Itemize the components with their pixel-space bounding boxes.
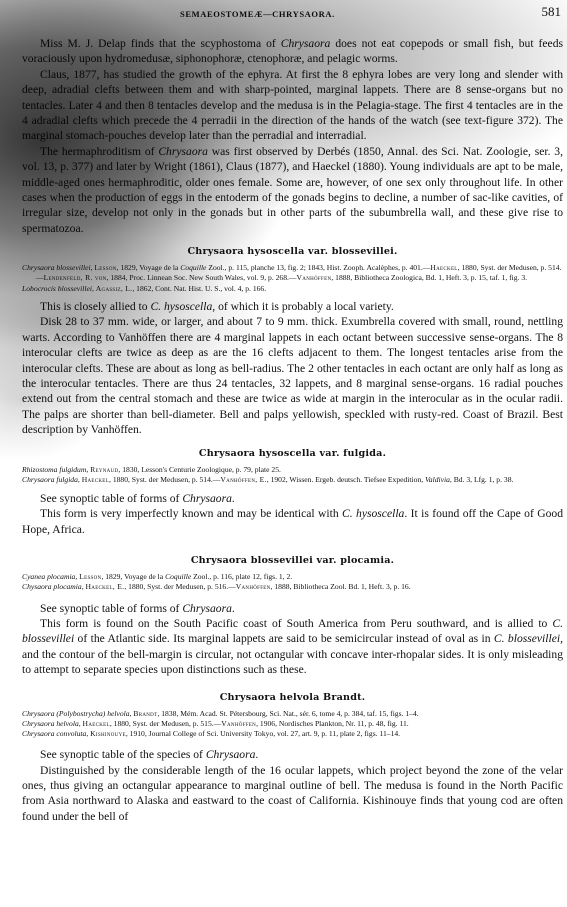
intro-paragraph-1: Miss M. J. Delap finds that the scyphost… — [22, 36, 563, 67]
section-plocamia: Chrysaora blossevillei var. plocamia. Cy… — [22, 555, 563, 677]
synonymy-entry: Rhizostoma fulgidum, Reynaud, 1830, Less… — [22, 465, 563, 475]
section-paragraph: See synoptic table of the species of Chr… — [22, 747, 563, 762]
section-helvola: Chrysaora helvola Brandt. Chrysaora (Pol… — [22, 692, 563, 825]
intro-paragraph-2: Claus, 1877, has studied the growth of t… — [22, 67, 563, 144]
section-paragraph: Distinguished by the considerable length… — [22, 763, 563, 825]
running-header: SEMAEOSTOMEÆ—CHRYSAORA. 581 — [0, 4, 567, 22]
section-paragraph: See synoptic table of forms of Chrysaora… — [22, 601, 563, 616]
synonymy-entry: Chrysaora (Polybostrycha) helvola, Brand… — [22, 709, 563, 719]
synonymy-entry: Chysaora plocamia, Haeckel, E., 1880, Sy… — [22, 582, 563, 592]
section-paragraph: Disk 28 to 37 mm. wide, or larger, and a… — [22, 314, 563, 437]
intro-paragraph-3: The hermaphroditism of Chrysaora was fir… — [22, 144, 563, 236]
synonymy-entry: Chrysaora fulgida, Haeckel, 1880, Syst. … — [22, 475, 563, 485]
synonymy-entry: Chrysaora convoluta, Kishinouye, 1910, J… — [22, 729, 563, 739]
section-heading: Chrysaora hysoscella var. fulgida. — [22, 448, 563, 459]
running-title: SEMAEOSTOMEÆ—CHRYSAORA. — [180, 9, 335, 19]
synonymy-entry: Cyanea plocamia, Lesson, 1829, Voyage de… — [22, 572, 563, 582]
synonymy-entry: Lobocrocis blossevillei, Agassiz, L., 18… — [22, 284, 563, 294]
section-heading: Chrysaora blossevillei var. plocamia. — [22, 555, 563, 566]
section-paragraph: See synoptic table of forms of Chrysaora… — [22, 491, 563, 506]
section-paragraph: This form is found on the South Pacific … — [22, 616, 563, 678]
section-paragraph: This is closely allied to C. hysoscella,… — [22, 299, 563, 314]
section-heading: Chrysaora helvola Brandt. — [22, 692, 563, 703]
section-blossevillei: Chrysaora hysoscella var. blossevillei. … — [22, 246, 563, 437]
synonymy-entry: Chrysaora blossevillei, Lesson, 1829, Vo… — [22, 263, 563, 283]
section-heading: Chrysaora hysoscella var. blossevillei. — [22, 246, 563, 257]
section-paragraph: This form is very imperfectly known and … — [22, 506, 563, 537]
synonymy-entry: Chrysaora helvola, Haeckel, 1880, Syst. … — [22, 719, 563, 729]
section-fulgida: Chrysaora hysoscella var. fulgida. Rhizo… — [22, 448, 563, 538]
page-number: 581 — [542, 4, 562, 20]
page-body: Miss M. J. Delap finds that the scyphost… — [22, 36, 563, 824]
